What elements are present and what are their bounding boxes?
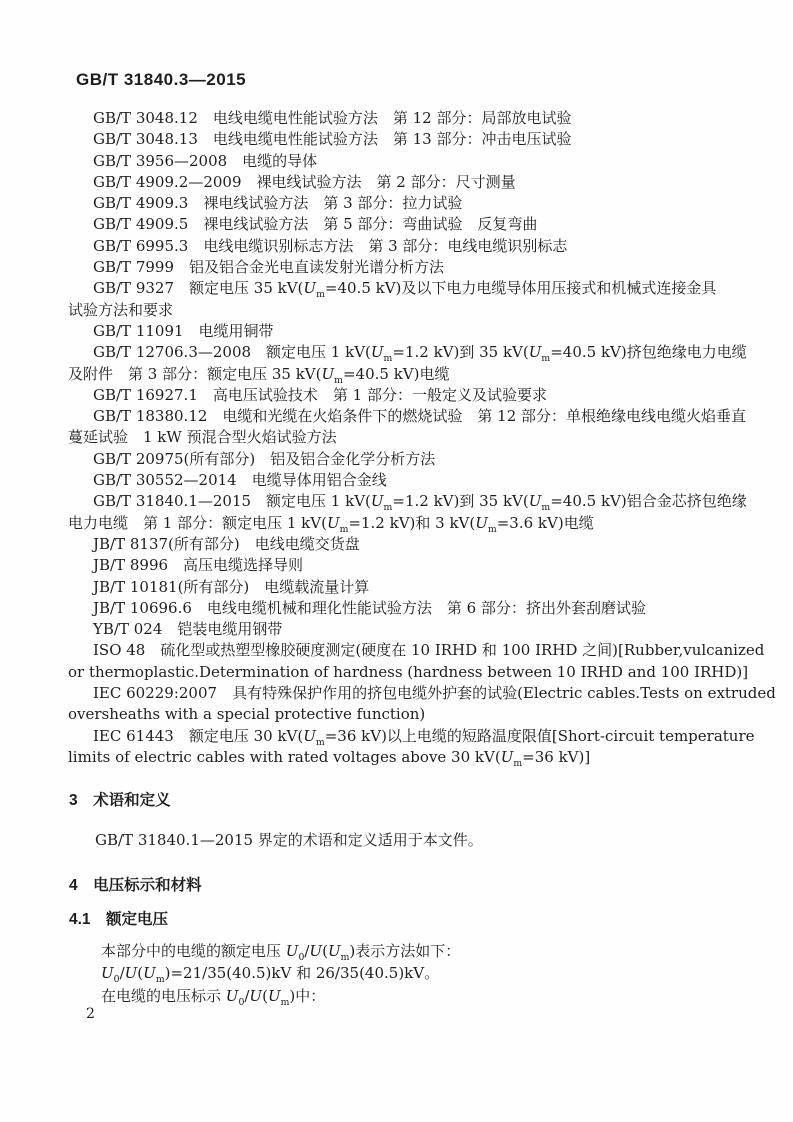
section-3-paragraph: GB/T 31840.1—2015 界定的术语和定义适用于本文件。 [68,829,753,851]
reference-line: 电力电缆 第 1 部分：额定电压 1 kV(Um=1.2 kV)和 3 kV(U… [68,513,753,534]
reference-line: GB/T 12706.3—2008 额定电压 1 kV(Um=1.2 kV)到 … [68,342,753,363]
reference-line: ISO 48 硫化型或热塑型橡胶硬度测定(硬度在 10 IRHD 和 100 I… [68,640,753,661]
reference-line: JB/T 8996 高压电缆选择导则 [68,555,753,576]
reference-line: GB/T 3048.12 电线电缆电性能试验方法 第 12 部分：局部放电试验 [68,108,753,129]
reference-line: GB/T 4909.5 裸电线试验方法 第 5 部分：弯曲试验 反复弯曲 [68,214,753,235]
reference-line: GB/T 18380.12 电缆和光缆在火焰条件下的燃烧试验 第 12 部分：单… [68,406,753,427]
reference-line: GB/T 7999 铝及铝合金光电直读发射光谱分析方法 [68,257,753,278]
reference-line: JB/T 10696.6 电线电缆机械和理化性能试验方法 第 6 部分：挤出外套… [68,598,753,619]
reference-line: JB/T 10181(所有部分) 电缆载流量计算 [68,577,753,598]
reference-line: IEC 60229:2007 具有特殊保护作用的挤包电缆外护套的试验(Elect… [68,683,753,704]
reference-line: GB/T 3956—2008 电缆的导体 [68,151,753,172]
reference-line: 试验方法和要求 [68,300,753,321]
reference-line: GB/T 4909.2—2009 裸电线试验方法 第 2 部分：尺寸测量 [68,172,753,193]
reference-line: GB/T 20975(所有部分) 铝及铝合金化学分析方法 [68,449,753,470]
reference-line: GB/T 31840.1—2015 额定电压 1 kV(Um=1.2 kV)到 … [68,491,753,512]
reference-line: GB/T 16927.1 高电压试验技术 第 1 部分：一般定义及试验要求 [68,385,753,406]
section-4-1-heading: 4.1 额定电压 [69,907,168,929]
reference-line: GB/T 3048.13 电线电缆电性能试验方法 第 13 部分：冲击电压试验 [68,129,753,150]
page-number: 2 [86,1006,95,1022]
reference-line: GB/T 30552—2014 电缆导体用铝合金线 [68,470,753,491]
reference-line: IEC 61443 额定电压 30 kV(Um=36 kV)以上电缆的短路温度限… [68,726,753,747]
running-head: GB/T 31840.3—2015 [76,70,246,90]
body-line: 在电缆的电压标示 U0/U(Um)中： [68,985,753,1007]
section-4-heading: 4 电压标示和材料 [69,873,202,895]
rated-voltage-body: 本部分中的电缆的额定电压 U0/U(Um)表示方法如下：U0/U(Um)=21/… [68,940,753,1007]
reference-line: 蔓延试验 1 kW 预混合型火焰试验方法 [68,427,753,448]
reference-line: limits of electric cables with rated vol… [68,747,753,768]
references-list: GB/T 3048.12 电线电缆电性能试验方法 第 12 部分：局部放电试验G… [68,108,753,768]
body-line: U0/U(Um)=21/35(40.5)kV 和 26/35(40.5)kV。 [68,962,753,984]
body-line: 本部分中的电缆的额定电压 U0/U(Um)表示方法如下： [68,940,753,962]
reference-line: GB/T 4909.3 裸电线试验方法 第 3 部分：拉力试验 [68,193,753,214]
section-3-heading: 3 术语和定义 [69,788,171,810]
reference-line: GB/T 11091 电缆用铜带 [68,321,753,342]
reference-line: 及附件 第 3 部分：额定电压 35 kV(Um=40.5 kV)电缆 [68,364,753,385]
reference-line: YB/T 024 铠装电缆用钢带 [68,619,753,640]
reference-line: GB/T 6995.3 电线电缆识别标志方法 第 3 部分：电线电缆识别标志 [68,236,753,257]
document-page: GB/T 31840.3—2015 GB/T 3048.12 电线电缆电性能试验… [0,0,793,1122]
reference-line: oversheaths with a special protective fu… [68,704,753,725]
reference-line: GB/T 9327 额定电压 35 kV(Um=40.5 kV)及以下电力电缆导… [68,278,753,299]
reference-line: JB/T 8137(所有部分) 电线电缆交货盘 [68,534,753,555]
reference-line: or thermoplastic.Determination of hardne… [68,662,753,683]
